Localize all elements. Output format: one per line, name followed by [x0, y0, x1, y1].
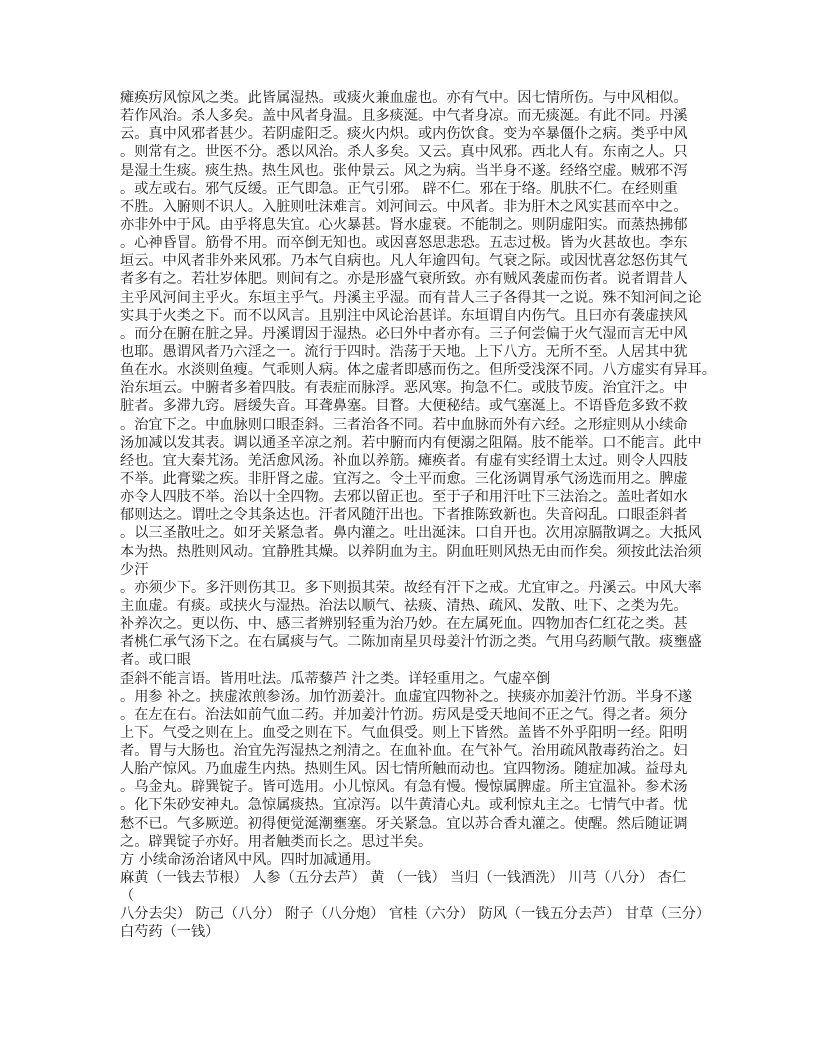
text-line: 本为热。热胜则风动。宜静胜其燥。以养阴血为主。阴血旺则风热无由而作矣。须按此法治…	[120, 543, 710, 561]
text-line: 。乌金丸。辟巽锭子。皆可选用。小儿惊风。有急有慢。慢惊属脾虚。所主宜温补。参术汤	[120, 778, 710, 796]
text-line: 主乎风河间主乎火。东垣主乎气。丹溪主乎湿。而有昔人三子各得其一之说。殊不知河间之…	[120, 289, 710, 307]
text-line: 是湿土生痰。痰生热。热生风也。张仲景云。风之为病。当半身不遂。经络空虚。贼邪不泻	[120, 162, 710, 180]
text-line: 。心神昏冒。筋骨不用。而卒倒无知也。或因喜怒思悲恐。五志过极。皆为火甚故也。李东	[120, 234, 710, 252]
text-line: 。或左或右。邪气反缓。正气即急。正气引邪。 辟不仁。邪在于络。肌肤不仁。在经则重	[120, 180, 710, 198]
text-line: 鱼在水。水淡则鱼瘦。气乖则人病。体之虚者即感而伤之。但所受浅深不同。八方虚实有异…	[120, 361, 710, 379]
text-line: 少汗	[120, 561, 710, 579]
text-line: 歪斜不能言语。皆用吐法。瓜蒂藜芦 汁之类。详轻重用之。气虚卒倒	[120, 670, 710, 688]
text-line: 麻黄（一钱去节根） 人参（五分去芦） 黄 （一钱） 当归（一钱酒洗） 川芎（八分…	[120, 869, 710, 887]
text-line: 者多有之。若壮岁体肥。则间有之。亦是形盛气衰所致。亦有贼风袭虚而伤者。说者谓昔人	[120, 270, 710, 288]
text-line: 。用参 补之。挟虚浓煎参汤。加竹沥姜汁。血虚宜四物补之。挟痰亦加姜汁竹沥。半身不…	[120, 688, 710, 706]
text-line: 治东垣云。中腑者多着四肢。有表症而脉浮。恶风寒。拘急不仁。或肢节废。治宜汗之。中	[120, 379, 710, 397]
document-page: 瘫痪疠风惊风之类。此皆属湿热。或痰火兼血虚也。亦有气中。因七情所伤。与中风相似。…	[120, 89, 710, 942]
text-line: 若作风治。杀人多矣。盖中风者身温。且多痰涎。中气者身凉。而无痰涎。有此不同。丹溪	[120, 107, 710, 125]
text-line: 。治宜下之。中血脉则口眼歪斜。三者治各不同。若中血脉而外有六经。之形症则从小续命	[120, 416, 710, 434]
text-line: 也耶。愚谓风者乃六淫之一。流行于四时。浩荡于天地。上下八方。无所不至。人居其中犹	[120, 343, 710, 361]
text-line: 。化下朱砂安神丸。急惊属痰热。宜凉泻。以牛黄清心丸。或利惊丸主之。七情气中者。忧	[120, 796, 710, 814]
text-line: （	[120, 887, 710, 905]
text-line: 亦令人四肢不举。治以十全四物。去邪以留正也。至于子和用汗吐下三法治之。盖吐者如水	[120, 488, 710, 506]
text-line: 人胎产惊风。乃血虚生内热。热则生风。因七情所触而动也。宜四物汤。随症加减。益母丸	[120, 760, 710, 778]
text-line: 。则常有之。世医不分。悉以风治。杀人多矣。又云。真中风邪。西北人有。东南之人。只	[120, 143, 710, 161]
text-line: 者。或口眼	[120, 651, 710, 669]
text-line: 之。辟巽锭子亦好。用者触类而长之。思过半矣。	[120, 833, 710, 851]
text-line: 补养次之。更以伤、中、感三者辨别轻重为治乃妙。在左属死血。四物加杏仁红花之类。甚	[120, 615, 710, 633]
text-line: 。以三圣散吐之。如牙关紧急者。鼻内灌之。吐出涎沫。口自开也。次用凉膈散调之。大抵…	[120, 524, 710, 542]
text-line: 郁则达之。谓吐之令其条达也。汗者风随汗出也。下者推陈致新也。失音闷乱。口眼歪斜者	[120, 506, 710, 524]
text-line: 者。胃与大肠也。治宜先泻湿热之剂清之。在血补血。在气补气。治用疏风散毒药治之。妇	[120, 742, 710, 760]
text-line: 。在左在右。治法如前气血二药。并加姜汁竹沥。疠风是受天地间不正之气。得之者。须分	[120, 706, 710, 724]
text-line: 八分去尖） 防己（八分） 附子（八分炮） 官桂（六分） 防风（一钱五分去芦） 甘…	[120, 905, 710, 923]
text-line: 瘫痪疠风惊风之类。此皆属湿热。或痰火兼血虚也。亦有气中。因七情所伤。与中风相似。	[120, 89, 710, 107]
text-line: 。亦须少下。多汗则伤其卫。多下则损其荣。故经有汗下之戒。尤宜审之。丹溪云。中风大…	[120, 579, 710, 597]
text-line: 不举。此膏粱之疾。非肝肾之虚。宜泻之。令土平而愈。三化汤调胃承气汤选而用之。脾虚	[120, 470, 710, 488]
text-line: 上下。气受之则在上。血受之则在下。气血俱受。则上下皆然。盖皆不外乎阳明一经。阳明	[120, 724, 710, 742]
text-line: 垣云。中风者非外来风邪。乃本气自病也。凡人年逾四旬。气衰之际。或因忧喜忿怒伤其气	[120, 252, 710, 270]
text-line: 实具于火类之下。而不以风言。且别注中风论治甚详。东垣谓自内伤气。且曰亦有袭虚挟风	[120, 307, 710, 325]
text-line: 。而分在腑在脏之异。丹溪谓因于湿热。必曰外中者亦有。三子何尝偏于火气湿而言无中风	[120, 325, 710, 343]
text-line: 脏者。多滞九窍。唇缓失音。耳聋鼻塞。目瞀。大便秘结。或气塞涎上。不语昏危多致不救	[120, 397, 710, 415]
text-line: 云。真中风邪者甚少。若阴虚阳乏。痰火内炽。或内伤饮食。变为卒暴僵仆之病。类乎中风	[120, 125, 710, 143]
text-line: 汤加减以发其表。调以通圣辛凉之剂。若中腑而内有便溺之阻隔。肢不能举。口不能言。此…	[120, 434, 710, 452]
text-line: 经也。宜大秦艽汤。羌活愈风汤。补血以养筋。瘫痪者。有虚有实经谓土太过。则令人四肢	[120, 452, 710, 470]
text-line: 白芍药（一钱）	[120, 923, 710, 941]
text-line: 方 小续命汤治诸风中风。四时加减通用。	[120, 851, 710, 869]
text-line: 不胜。入腑则不识人。入脏则吐沫难言。刘河间云。中风者。非为肝木之风实甚而卒中之。	[120, 198, 710, 216]
text-line: 亦非外中于风。由乎将息失宜。心火暴甚。肾水虚衰。不能制之。则阴虚阳实。而蒸热拂郁	[120, 216, 710, 234]
text-line: 者桃仁承气汤下之。在右属痰与气。二陈加南星贝母姜汁竹沥之类。气用乌药顺气散。痰壅…	[120, 633, 710, 651]
text-line: 愁不已。气多厥逆。初得便觉涎潮壅塞。牙关紧急。宜以苏合香丸灌之。使醒。然后随证调	[120, 815, 710, 833]
text-line: 主血虚。有痰。或挟火与湿热。治法以顺气、祛痰、清热、疏风、发散、吐下、之类为先。	[120, 597, 710, 615]
